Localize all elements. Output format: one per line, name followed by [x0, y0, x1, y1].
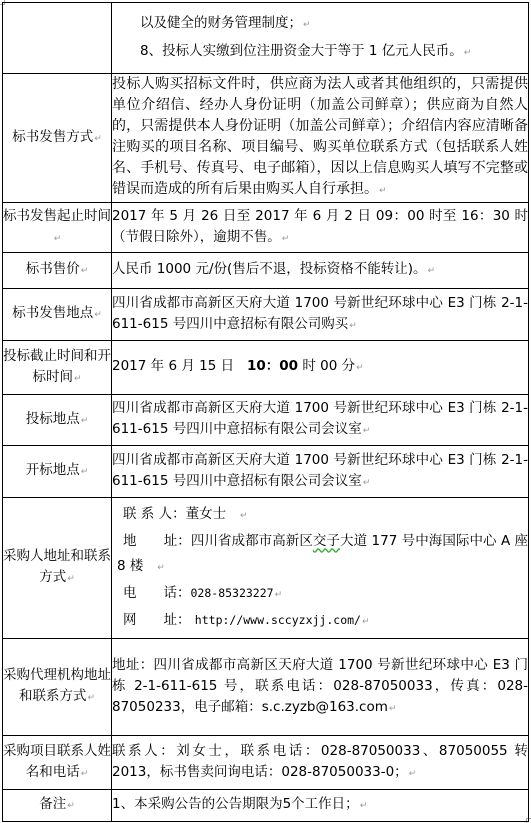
row-content: 2017 年 5 月 26 日至 2017 年 6 月 2 日 09：00 时至…	[112, 203, 529, 253]
row-label: 投标地点↵	[3, 395, 112, 446]
row-label	[3, 3, 112, 74]
website-link[interactable]: http://www.sccyzxjj.com/	[195, 613, 361, 627]
address-key: 地 址：	[117, 533, 191, 549]
deadline-time: 10：00	[247, 358, 298, 374]
tender-info-table: 以及健全的财务管理制度；↵ 8、投标人实缴到位注册资金大于等于 1 亿元人民币。…	[2, 2, 529, 822]
table-row: 标书发售起止时间↵ 2017 年 5 月 26 日至 2017 年 6 月 2 …	[3, 203, 529, 253]
qualification-line-8: 8、投标人实缴到位注册资金大于等于 1 亿元人民币。	[140, 43, 463, 59]
row-content: 联系人：刘女士，联系电话：028-87050033、87050055 转 201…	[112, 736, 529, 790]
row-label: 标书售价↵	[3, 253, 112, 289]
paragraph-mark-icon: ↵	[67, 801, 75, 811]
row-content: 四川省成都市高新区天府大道 1700 号新世纪环球中心 E3 门栋 2-1-61…	[112, 395, 529, 446]
paragraph-mark-icon: ↵	[428, 266, 436, 276]
row-label: 投标截止时间和开标时间↵	[3, 341, 112, 395]
row-content: 四川省成都市高新区天府大道 1700 号新世纪环球中心 E3 门栋 2-1-61…	[112, 289, 529, 341]
paragraph-mark-icon: ↵	[87, 693, 95, 703]
agency-contact-text: 地址：四川省成都市高新区天府大道 1700 号新世纪环球中心 E3 门栋 2-1…	[112, 657, 528, 715]
table-row: 备注↵ 1、本采购公告的公告期限为5个工作日；↵	[3, 790, 529, 822]
row-content: 1、本采购公告的公告期限为5个工作日；↵	[112, 790, 529, 822]
row-label: 标书发售起止时间↵	[3, 203, 112, 253]
paragraph-mark-icon: ↵	[67, 574, 75, 584]
table-row: 开标地点↵ 四川省成都市高新区天府大道 1700 号新世纪环球中心 E3 门栋 …	[3, 446, 529, 498]
paragraph-mark-icon: ↵	[362, 617, 370, 627]
row-content: 人民币 1000 元/份(售后不退，投标资格不能转让)。↵	[112, 253, 529, 289]
paragraph-mark-icon: ↵	[360, 801, 368, 811]
paragraph-mark-icon: ↵	[349, 321, 357, 331]
phone-key: 电 话：	[123, 585, 191, 601]
paragraph-mark-icon: ↵	[81, 467, 89, 477]
paragraph-mark-icon: ↵	[363, 478, 371, 488]
table-row: 投标截止时间和开标时间↵ 2017 年 6 月 15 日 10：00 时 00 …	[3, 341, 529, 395]
paragraph-mark-icon: ↵	[363, 426, 371, 436]
paragraph-mark-icon: ↵	[282, 234, 290, 244]
table-row: 标书发售地点↵ 四川省成都市高新区天府大道 1700 号新世纪环球中心 E3 门…	[3, 289, 529, 341]
paragraph-mark-icon: ↵	[356, 363, 364, 373]
table-row: 以及健全的财务管理制度；↵ 8、投标人实缴到位注册资金大于等于 1 亿元人民币。…	[3, 3, 529, 74]
table-row: 采购项目联系人姓名和电话↵ 联系人：刘女士，联系电话：028-87050033、…	[3, 736, 529, 790]
phone-number: 028-85323227	[191, 586, 274, 600]
paragraph-mark-icon: ↵	[379, 186, 387, 196]
row-content: 以及健全的财务管理制度；↵ 8、投标人实缴到位注册资金大于等于 1 亿元人民币。…	[112, 3, 529, 74]
price-text: 人民币 1000 元/份(售后不退，投标资格不能转让)。	[112, 261, 427, 277]
table-row: 标书售价↵ 人民币 1000 元/份(售后不退，投标资格不能转让)。↵	[3, 253, 529, 289]
paragraph-mark-icon: ↵	[94, 134, 102, 144]
row-label: 采购人地址和联系方式↵	[3, 498, 112, 639]
row-content: 2017 年 6 月 15 日 10：00 时 00 分↵	[112, 341, 529, 395]
remarks-text: 1、本采购公告的公告期限为5个工作日；	[112, 796, 359, 812]
qualification-line-7: 以及健全的财务管理制度；	[140, 15, 302, 31]
project-contact-text: 联系人：刘女士，联系电话：028-87050033、87050055 转 201…	[112, 743, 528, 780]
paragraph-mark-icon: ↵	[240, 511, 248, 521]
row-content: 四川省成都市高新区天府大道 1700 号新世纪环球中心 E3 门栋 2-1-61…	[112, 446, 529, 498]
sale-method-text: 投标人购买招标文件时，供应商为法人或者其他组织的，只需提供单位介绍信、经办人身份…	[112, 76, 528, 197]
opening-location-text: 四川省成都市高新区天府大道 1700 号新世纪环球中心 E3 门栋 2-1-61…	[112, 452, 528, 489]
row-label: 采购项目联系人姓名和电话↵	[3, 736, 112, 790]
contact-person: 董女士	[186, 506, 227, 522]
paragraph-mark-icon: ↵	[54, 234, 62, 244]
address-spellcheck-underlined: 交子	[313, 533, 340, 549]
row-label: 采购代理机构地址和联系方式↵	[3, 639, 112, 736]
paragraph-mark-icon: ↵	[464, 48, 472, 58]
paragraph-mark-icon: ↵	[81, 769, 89, 779]
row-content: 投标人购买招标文件时，供应商为法人或者其他组织的，只需提供单位介绍信、经办人身份…	[112, 74, 529, 203]
row-content: 地址：四川省成都市高新区天府大道 1700 号新世纪环球中心 E3 门栋 2-1…	[112, 639, 529, 736]
row-content: 联 系 人：董女士 ↵ 地 址：四川省成都市高新区交子大道 177 号中海国际中…	[112, 498, 529, 639]
bid-location-text: 四川省成都市高新区天府大道 1700 号新世纪环球中心 E3 门栋 2-1-61…	[112, 400, 528, 437]
paragraph-mark-icon: ↵	[389, 704, 397, 714]
table-row: 采购人地址和联系方式↵ 联 系 人：董女士 ↵ 地 址：四川省成都市高新区交子大…	[3, 498, 529, 639]
address-part-a: 四川省成都市高新区	[191, 533, 313, 549]
paragraph-mark-icon: ↵	[157, 563, 165, 573]
sale-period-text: 2017 年 5 月 26 日至 2017 年 6 月 2 日 09：00 时至…	[112, 208, 528, 245]
row-label: 标书发售方式↵	[3, 74, 112, 203]
sale-location-text: 四川省成都市高新区天府大道 1700 号新世纪环球中心 E3 门栋 2-1-61…	[112, 295, 528, 332]
paragraph-mark-icon: ↵	[81, 266, 89, 276]
deadline-time-rest: 时 00 分	[302, 358, 355, 374]
paragraph-mark-icon: ↵	[94, 310, 102, 320]
paragraph-mark-icon: ↵	[275, 590, 283, 600]
table-row: 采购代理机构地址和联系方式↵ 地址：四川省成都市高新区天府大道 1700 号新世…	[3, 639, 529, 736]
contact-person-key: 联 系 人：	[123, 506, 186, 522]
row-label: 开标地点↵	[3, 446, 112, 498]
website-key: 网 址：	[123, 612, 191, 628]
paragraph-mark-icon: ↵	[74, 374, 82, 384]
row-label: 备注↵	[3, 790, 112, 822]
paragraph-mark-icon: ↵	[303, 20, 311, 30]
paragraph-mark-icon: ↵	[81, 416, 89, 426]
table-row: 投标地点↵ 四川省成都市高新区天府大道 1700 号新世纪环球中心 E3 门栋 …	[3, 395, 529, 446]
row-label: 标书发售地点↵	[3, 289, 112, 341]
deadline-date: 2017 年 6 月 15 日	[112, 358, 234, 374]
table-row: 标书发售方式↵ 投标人购买招标文件时，供应商为法人或者其他组织的，只需提供单位介…	[3, 74, 529, 203]
paragraph-mark-icon: ↵	[409, 769, 417, 779]
